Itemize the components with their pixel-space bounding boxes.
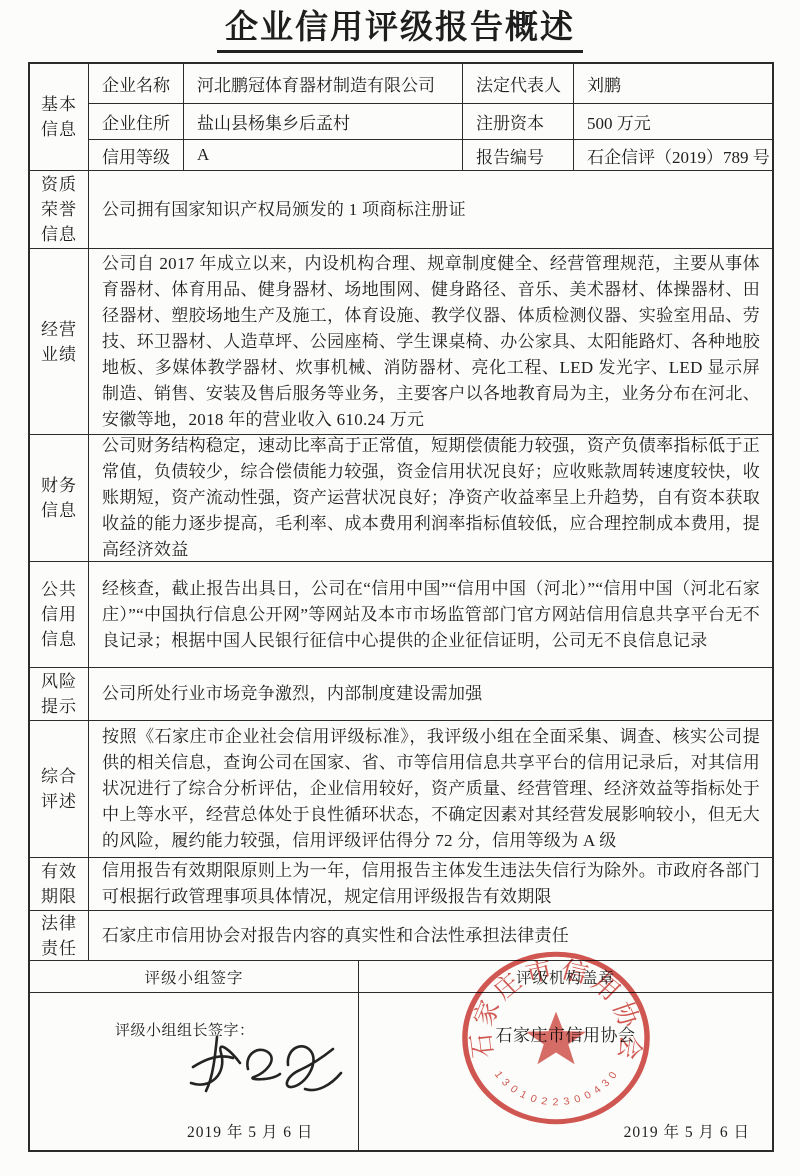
table-row: 企业住所 盐山县杨集乡后孟村 注册资本 500 万元 [89,104,772,140]
footer-signature-row: 评级小组组长签字： 2019 年 5 月 6 日 石家庄市信用协会 [30,993,772,1150]
section-public-credit-info: 公共信用信息 经核查，截止报告出具日，公司在“信用中国”“信用中国（河北）”“信… [30,562,772,668]
section-label: 经营业绩 [30,249,89,434]
section-text: 石家庄市信用协会对报告内容的真实性和合法性承担法律责任 [89,911,772,960]
section-text: 按照《石家庄市企业社会信用评级标准》，我评级小组在全面采集、调查、核实公司提供的… [89,721,772,857]
field-label-credit-grade: 信用等级 [89,140,184,170]
stamp-number: 1301022300430 [492,1069,622,1109]
section-label: 法律责任 [30,911,89,960]
section-label: 资质荣誉信息 [30,171,89,248]
section-label: 风险提示 [30,668,89,720]
title-block: 企业信用评级报告概述 [0,8,800,53]
field-label-company-name: 企业名称 [89,64,184,103]
section-comprehensive-review: 综合评述 按照《石家庄市企业社会信用评级标准》，我评级小组在全面采集、调查、核实… [30,721,772,858]
section-text: 公司所处行业市场竞争激烈，内部制度建设需加强 [89,668,772,720]
report-table: 基本信息 企业名称 河北鹏冠体育器材制造有限公司 法定代表人 刘鹏 企业住所 盐… [28,62,774,1152]
field-label-legal-rep: 法定代表人 [463,64,574,103]
section-text: 公司财务结构稳定，速动比率高于正常值，短期偿债能力较强，资产负债率指标低于正常值… [89,435,772,561]
field-label-report-number: 报告编号 [463,140,574,170]
section-label: 有效期限 [30,858,89,910]
table-row: 信用等级 A 报告编号 石企信评（2019）789 号 [89,140,772,170]
basic-info-label: 基本信息 [30,64,89,170]
field-value-report-number: 石企信评（2019）789 号 [574,140,772,170]
rating-team-signature-header: 评级小组签字 [30,961,359,992]
field-value-legal-rep: 刘鹏 [574,64,772,103]
field-value-registered-capital: 500 万元 [574,104,772,139]
section-label: 公共信用信息 [30,562,89,667]
section-label: 财务信息 [30,435,89,561]
section-text: 公司拥有国家知识产权局颁发的 1 项商标注册证 [89,171,772,248]
section-risk-warning: 风险提示 公司所处行业市场竞争激烈，内部制度建设需加强 [30,668,772,721]
section-business-performance: 经营业绩 公司自 2017 年成立以来，内设机构合理、规章制度健全、经营管理规范… [30,249,772,435]
section-text: 公司自 2017 年成立以来，内设机构合理、规章制度健全、经营管理规范，主要从事… [89,249,772,434]
section-text: 信用报告有效期限原则上为一年，信用报告主体发生违法失信行为除外。市政府各部门可根… [89,858,772,910]
agency-seal-cell: 石家庄市信用协会 石家庄市信用协会 1301022300430 2019 [359,993,772,1150]
section-qualification-honor: 资质荣誉信息 公司拥有国家知识产权局颁发的 1 项商标注册证 [30,171,772,249]
red-official-stamp: 石家庄市信用协会 1301022300430 [457,947,655,1129]
basic-info-grid: 企业名称 河北鹏冠体育器材制造有限公司 法定代表人 刘鹏 企业住所 盐山县杨集乡… [89,64,772,170]
team-signature-cell: 评级小组组长签字： 2019 年 5 月 6 日 [30,993,359,1150]
section-label: 综合评述 [30,721,89,857]
table-row: 企业名称 河北鹏冠体育器材制造有限公司 法定代表人 刘鹏 [89,64,772,104]
field-label-registered-capital: 注册资本 [463,104,574,139]
section-text: 经核查，截止报告出具日，公司在“信用中国”“信用中国（河北）”“信用中国（河北石… [89,562,772,667]
basic-info-row: 基本信息 企业名称 河北鹏冠体育器材制造有限公司 法定代表人 刘鹏 企业住所 盐… [30,64,772,171]
section-financial-info: 财务信息 公司财务结构稳定，速动比率高于正常值，短期偿债能力较强，资产负债率指标… [30,435,772,562]
field-label-address: 企业住所 [89,104,184,139]
page-title: 企业信用评级报告概述 [217,8,583,53]
field-value-address: 盐山县杨集乡后孟村 [184,104,463,139]
section-legal-responsibility: 法律责任 石家庄市信用协会对报告内容的真实性和合法性承担法律责任 [30,911,772,961]
field-value-credit-grade: A [184,140,463,170]
field-value-company-name: 河北鹏冠体育器材制造有限公司 [184,64,463,103]
section-validity-period: 有效期限 信用报告有效期限原则上为一年，信用报告主体发生违法失信行为除外。市政府… [30,858,772,911]
footer-header-row: 评级小组签字 评级机构盖章 [30,961,772,993]
document-page: 企业信用评级报告概述 基本信息 企业名称 河北鹏冠体育器材制造有限公司 法定代表… [0,0,800,1176]
team-signature-date: 2019 年 5 月 6 日 [187,1120,313,1142]
handwritten-signature [185,1027,350,1105]
stamp-star-icon [526,1012,586,1065]
